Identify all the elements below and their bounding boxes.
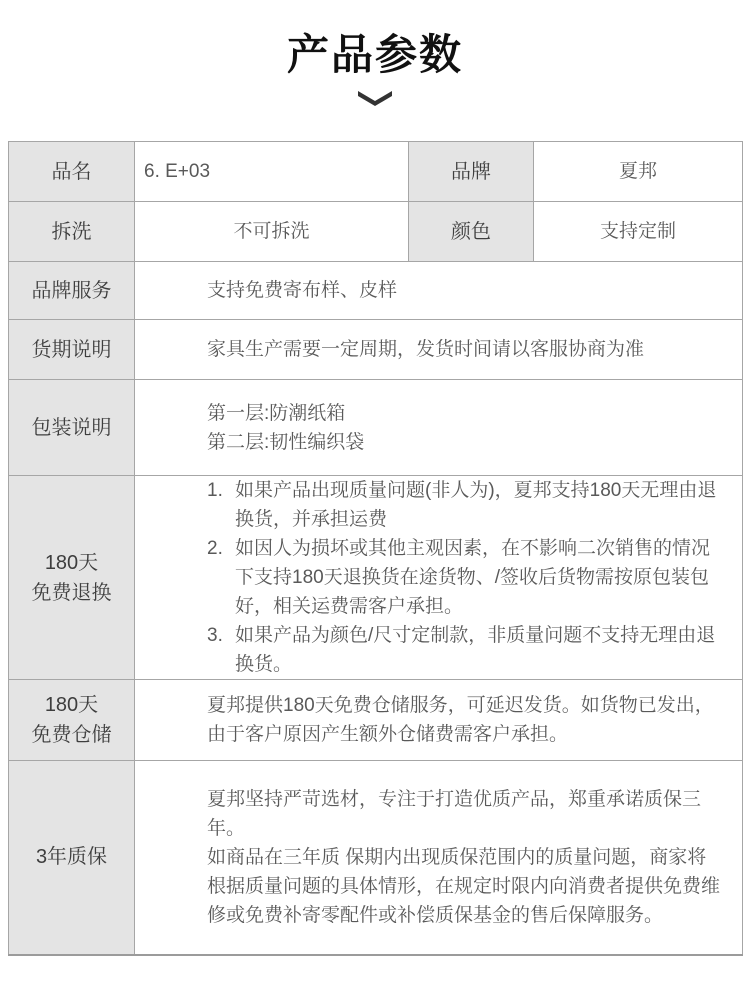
param-label: 180天 免费退换 <box>9 476 135 680</box>
param-label: 拆洗 <box>9 202 135 262</box>
packaging-line: 第一层:防潮纸箱 <box>207 399 724 428</box>
param-label: 品牌服务 <box>9 262 135 320</box>
param-label: 3年质保 <box>9 761 135 955</box>
param-value: 第一层:防潮纸箱 第二层:韧性编织袋 <box>135 380 743 476</box>
param-value: 夏邦 <box>534 142 743 202</box>
page-header: 产品参数 <box>0 0 750 141</box>
param-value: 6. E+03 <box>135 142 409 202</box>
table-row: 3年质保 夏邦坚持严苛选材，专注于打造优质产品，郑重承诺质保三年。 如商品在三年… <box>9 761 743 955</box>
table-row: 货期说明 家具生产需要一定周期，发货时间请以客服协商为准 <box>9 320 743 380</box>
warranty-paragraph: 如商品在三年质 保期内出现质保范围内的质量问题，商家将根据质量问题的具体情形，在… <box>207 843 724 930</box>
table-row: 拆洗 不可拆洗 颜色 支持定制 <box>9 202 743 262</box>
policy-item: 1. 如果产品出现质量问题(非人为)，夏邦支持180天无理由退换货，并承担运费 <box>207 476 724 534</box>
packaging-line: 第二层:韧性编织袋 <box>207 428 724 457</box>
table-row: 包装说明 第一层:防潮纸箱 第二层:韧性编织袋 <box>9 380 743 476</box>
param-value: 不可拆洗 <box>135 202 409 262</box>
param-label: 180天 免费仓储 <box>9 680 135 761</box>
param-value: 夏邦提供180天免费仓储服务，可延迟发货。如货物已发出，由于客户原因产生额外仓储… <box>135 680 743 761</box>
table-row: 品牌服务 支持免费寄布样、皮样 <box>9 262 743 320</box>
param-value: 支持免费寄布样、皮样 <box>135 262 743 320</box>
param-value: 家具生产需要一定周期，发货时间请以客服协商为准 <box>135 320 743 380</box>
param-label: 颜色 <box>409 202 534 262</box>
param-label: 包装说明 <box>9 380 135 476</box>
policy-item: 3. 如果产品为颜色/尺寸定制款，非质量问题不支持无理由退换货。 <box>207 621 724 679</box>
policy-item: 2. 如因人为损坏或其他主观因素，在不影响二次销售的情况下支持180天退换货在途… <box>207 534 724 621</box>
table-row: 品名 6. E+03 品牌 夏邦 <box>9 142 743 202</box>
table-row: 180天 免费仓储 夏邦提供180天免费仓储服务，可延迟发货。如货物已发出，由于… <box>9 680 743 761</box>
param-label: 品名 <box>9 142 135 202</box>
param-value: 支持定制 <box>534 202 743 262</box>
chevron-down-icon <box>0 89 750 107</box>
param-value: 1. 如果产品出现质量问题(非人为)，夏邦支持180天无理由退换货，并承担运费 … <box>135 476 743 680</box>
param-value: 夏邦坚持严苛选材，专注于打造优质产品，郑重承诺质保三年。 如商品在三年质 保期内… <box>135 761 743 955</box>
param-label: 品牌 <box>409 142 534 202</box>
warranty-paragraph: 夏邦坚持严苛选材，专注于打造优质产品，郑重承诺质保三年。 <box>207 785 724 843</box>
param-label: 货期说明 <box>9 320 135 380</box>
page-title: 产品参数 <box>0 30 750 80</box>
table-row: 180天 免费退换 1. 如果产品出现质量问题(非人为)，夏邦支持180天无理由… <box>9 476 743 680</box>
product-parameters-table: 品名 6. E+03 品牌 夏邦 拆洗 不可拆洗 颜色 支持定制 品牌服务 支持… <box>8 141 743 956</box>
